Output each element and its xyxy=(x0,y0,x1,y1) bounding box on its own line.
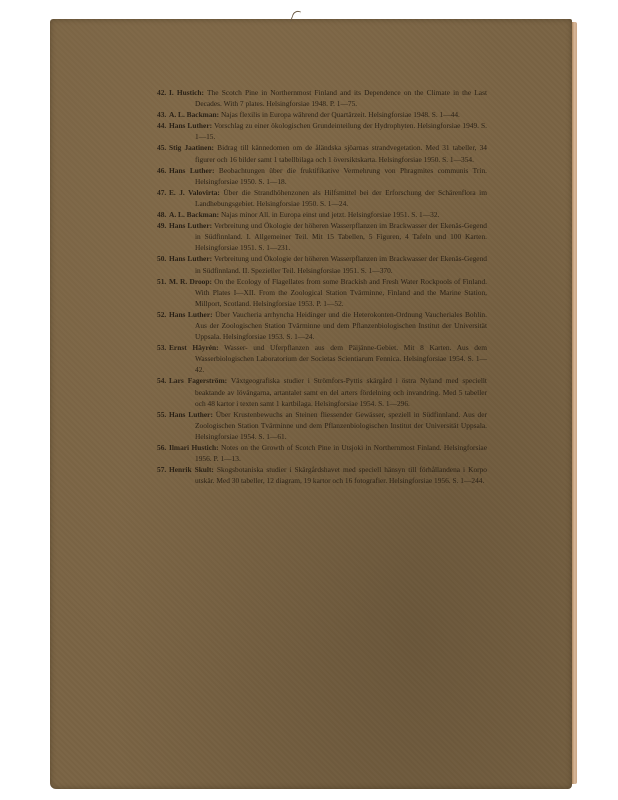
entry-title: Skogsbotaniska studier i Skärgårdshavet … xyxy=(195,465,487,485)
entry-number: 57. xyxy=(157,464,166,475)
publication-entry: 50. Hans Luther: Verbreitung und Ökologi… xyxy=(157,253,487,275)
entry-author: Hans Luther: xyxy=(169,221,212,230)
entry-author: A. L. Backman: xyxy=(169,210,219,219)
entry-title: The Scotch Pine in Northernmost Finland … xyxy=(195,88,487,108)
entry-text: E. J. Valovirta: Über die Strandhöhenzon… xyxy=(195,187,487,209)
publication-entry: 57. Henrik Skult: Skogsbotaniska studier… xyxy=(157,464,487,486)
publication-entry: 53. Ernst Häyrén: Wasser- und Uferpflanz… xyxy=(157,342,487,375)
entry-author: Stig Jaatinen: xyxy=(169,143,214,152)
publication-entry: 48. A. L. Backman: Najas minor All. in E… xyxy=(157,209,487,220)
entry-number: 56. xyxy=(157,442,166,453)
publication-entry: 54. Lars Fagerström: Växtgeografiska stu… xyxy=(157,375,487,408)
entry-author: E. J. Valovirta: xyxy=(169,188,220,197)
entry-number: 44. xyxy=(157,120,166,131)
publication-entry: 49. Hans Luther: Verbreitung und Ökologi… xyxy=(157,220,487,253)
entry-text: A. L. Backman: Najas flexilis in Europa … xyxy=(195,109,487,120)
publication-entry: 43. A. L. Backman: Najas flexilis in Eur… xyxy=(157,109,487,120)
entry-text: I. Hustich: The Scotch Pine in Northernm… xyxy=(195,87,487,109)
entry-title: Vorschlag zu einer ökologischen Grundein… xyxy=(195,121,487,141)
entry-author: Hans Luther: xyxy=(169,166,214,175)
publication-entry: 47. E. J. Valovirta: Über die Strandhöhe… xyxy=(157,187,487,209)
entry-number: 49. xyxy=(157,220,166,231)
entry-text: Ilmari Hustich: Notes on the Growth of S… xyxy=(195,442,487,464)
entry-number: 43. xyxy=(157,109,166,120)
entry-author: Hans Luther: xyxy=(169,410,213,419)
entry-author: A. L. Backman: xyxy=(169,110,219,119)
publication-entry: 46. Hans Luther: Beobachtungen über die … xyxy=(157,165,487,187)
entry-title: Verbreitung und Ökologie der höheren Was… xyxy=(195,254,487,274)
entry-author: Hans Luther: xyxy=(169,310,213,319)
entry-number: 55. xyxy=(157,409,166,420)
entry-text: Ernst Häyrén: Wasser- und Uferpflanzen a… xyxy=(195,342,487,375)
entry-number: 51. xyxy=(157,276,166,287)
entry-author: Hans Luther: xyxy=(169,254,212,263)
entry-number: 45. xyxy=(157,142,166,153)
page-edge xyxy=(572,22,577,784)
entry-title: Najas flexilis in Europa während der Qua… xyxy=(221,110,460,119)
entry-title: Beobachtungen über die fruktifikative Ve… xyxy=(195,166,487,186)
entry-author: I. Hustich: xyxy=(169,88,204,97)
entry-text: Hans Luther: Über Krustenbewuchs an Stei… xyxy=(195,409,487,442)
entry-text: Lars Fagerström: Växtgeografiska studier… xyxy=(195,375,487,408)
publication-entry: 56. Ilmari Hustich: Notes on the Growth … xyxy=(157,442,487,464)
entry-number: 50. xyxy=(157,253,166,264)
entry-author: Ernst Häyrén: xyxy=(169,343,219,352)
entry-number: 53. xyxy=(157,342,166,353)
publication-entry: 51. M. R. Droop: On the Ecology of Flage… xyxy=(157,276,487,309)
entry-text: Hans Luther: Vorschlag zu einer ökologis… xyxy=(195,120,487,142)
entry-author: Ilmari Hustich: xyxy=(169,443,219,452)
entry-title: Växtgeografiska studier i Strömfors-Pytt… xyxy=(195,376,487,407)
publication-entry: 55. Hans Luther: Über Krustenbewuchs an … xyxy=(157,409,487,442)
entry-number: 48. xyxy=(157,209,166,220)
entry-title: Über Krustenbewuchs an Steinen fliessend… xyxy=(195,410,487,441)
entry-title: Verbreitung und Ökologie der höheren Was… xyxy=(195,221,487,252)
entry-title: Wasser- und Uferpflanzen aus dem Päijänn… xyxy=(195,343,487,374)
entry-title: Notes on the Growth of Scotch Pine in Ut… xyxy=(195,443,487,463)
entry-author: Lars Fagerström: xyxy=(169,376,227,385)
publication-entry: 44. Hans Luther: Vorschlag zu einer ökol… xyxy=(157,120,487,142)
entry-title: Najas minor All. in Europa einst und jet… xyxy=(221,210,439,219)
entry-text: Hans Luther: Über Vaucheria arrhyncha He… xyxy=(195,309,487,342)
publication-entry: 42. I. Hustich: The Scotch Pine in North… xyxy=(157,87,487,109)
entry-number: 46. xyxy=(157,165,166,176)
entry-text: M. R. Droop: On the Ecology of Flagellat… xyxy=(195,276,487,309)
publication-entry: 52. Hans Luther: Über Vaucheria arrhynch… xyxy=(157,309,487,342)
entry-title: Über die Strandhöhenzonen als Hilfsmitte… xyxy=(195,188,487,208)
entry-author: M. R. Droop: xyxy=(169,277,212,286)
entry-title: Über Vaucheria arrhyncha Heidinger und d… xyxy=(195,310,487,341)
entry-author: Henrik Skult: xyxy=(169,465,214,474)
entry-text: Henrik Skult: Skogsbotaniska studier i S… xyxy=(195,464,487,486)
entry-title: Bidrag till kännedomen om de åländska sj… xyxy=(195,143,487,163)
entry-number: 54. xyxy=(157,375,166,386)
entry-title: On the Ecology of Flagellates from some … xyxy=(195,277,487,308)
entry-number: 52. xyxy=(157,309,166,320)
entry-author: Hans Luther: xyxy=(169,121,212,130)
entry-text: Stig Jaatinen: Bidrag till kännedomen om… xyxy=(195,142,487,164)
entry-text: A. L. Backman: Najas minor All. in Europ… xyxy=(195,209,487,220)
entry-text: Hans Luther: Beobachtungen über die fruk… xyxy=(195,165,487,187)
entry-text: Hans Luther: Verbreitung und Ökologie de… xyxy=(195,220,487,253)
publication-list: 42. I. Hustich: The Scotch Pine in North… xyxy=(157,87,487,486)
publication-entry: 45. Stig Jaatinen: Bidrag till kännedome… xyxy=(157,142,487,164)
entry-number: 42. xyxy=(157,87,166,98)
entry-number: 47. xyxy=(157,187,166,198)
entry-text: Hans Luther: Verbreitung und Ökologie de… xyxy=(195,253,487,275)
